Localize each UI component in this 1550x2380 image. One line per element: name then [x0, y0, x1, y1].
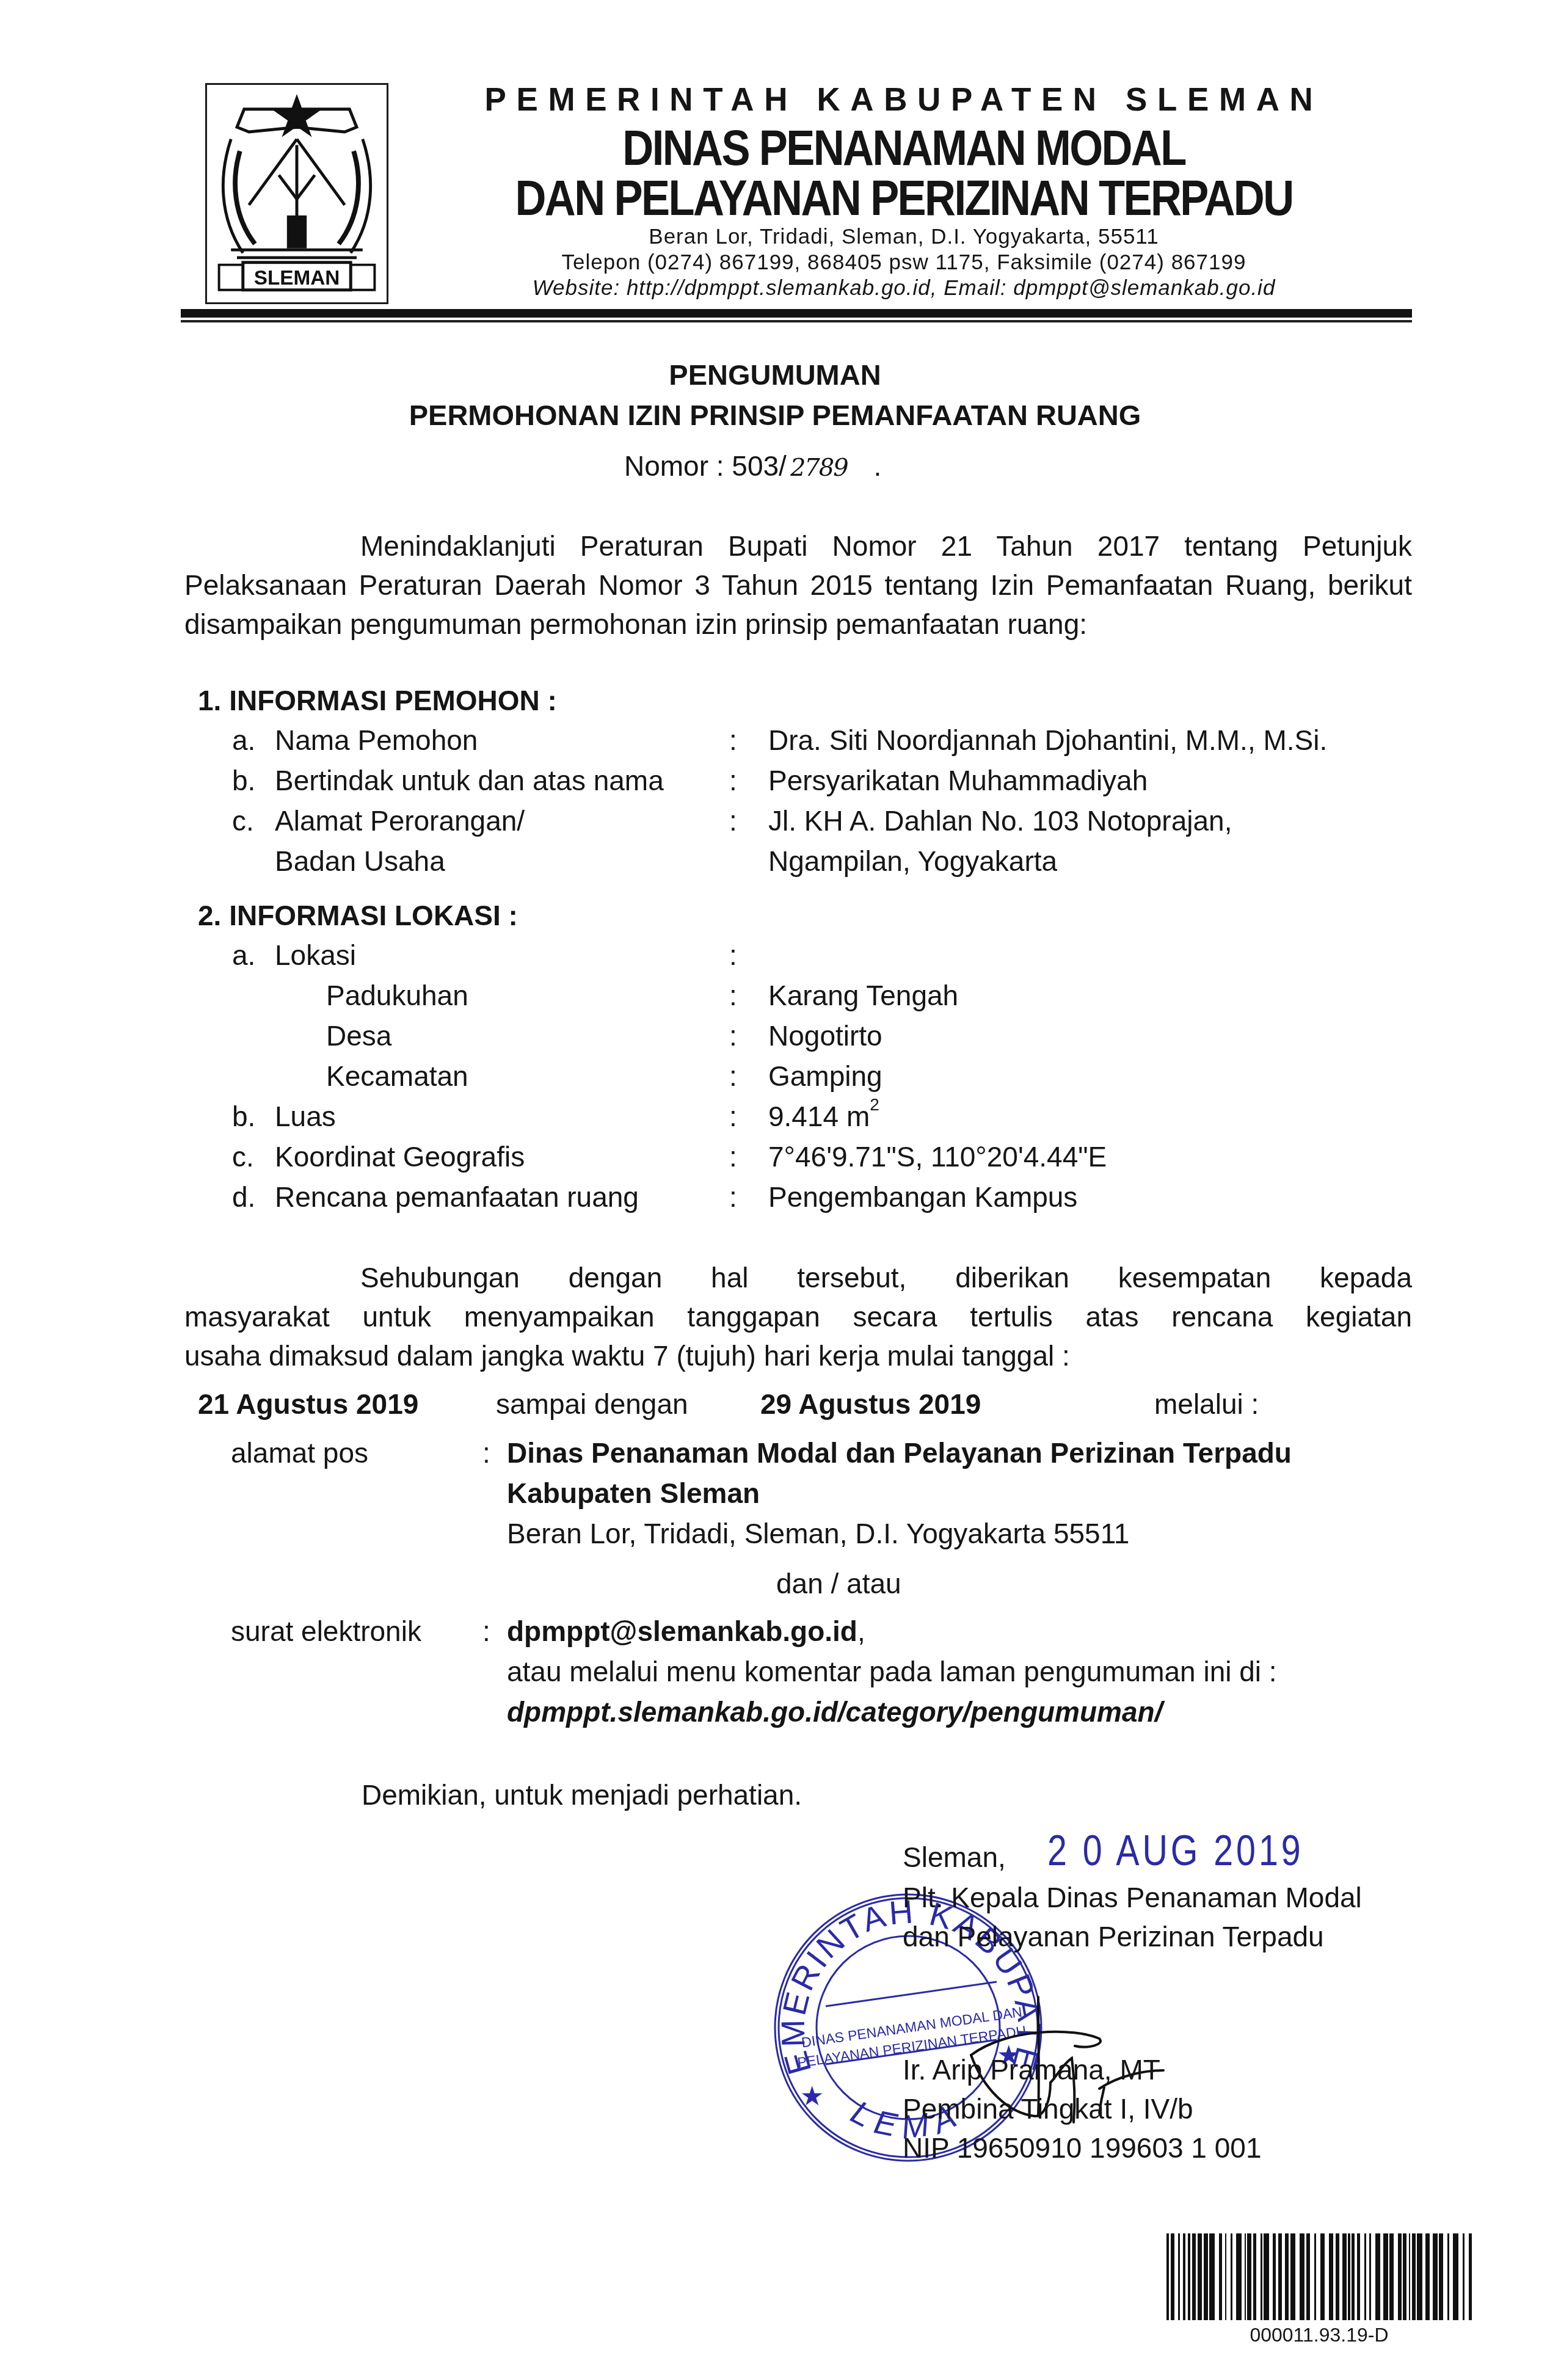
- response-line: masyarakat untuk menyampaikan tanggapan …: [184, 1297, 1412, 1336]
- response-line: usaha dimaksud dalam jangka waktu 7 (tuj…: [184, 1336, 1412, 1375]
- period-between: sampai dengan: [496, 1388, 688, 1421]
- channel-email-value: dpmppt@slemankab.go.id,: [507, 1615, 865, 1648]
- svg-text:★: ★: [800, 2081, 824, 2111]
- signature-stamped-date: 2 0 AUG 2019: [1047, 1826, 1304, 1875]
- signer-position-line2: dan Pelayanan Perizinan Terpadu: [903, 1920, 1324, 1953]
- signer-name: Ir. Arip Pramana, MT: [903, 2053, 1160, 2086]
- period-via: melalui :: [1154, 1388, 1259, 1421]
- signer-position-line1: Plt. Kepala Dinas Penanaman Modal: [903, 1881, 1362, 1914]
- row-colon: :: [729, 1181, 737, 1214]
- row-label: Badan Usaha: [275, 845, 445, 878]
- row-value: Nogotirto: [768, 1019, 882, 1052]
- row-letter: a.: [232, 724, 255, 757]
- row-colon: :: [729, 1060, 737, 1093]
- response-line: Sehubungan dengan hal tersebut, diberika…: [184, 1258, 1412, 1297]
- document-title: PENGUMUMAN: [0, 358, 1550, 391]
- row-value: 7°46'9.71"S, 110°20'4.44"E: [768, 1140, 1107, 1173]
- row-letter: d.: [232, 1181, 255, 1214]
- row-label: Alamat Perorangan/: [275, 804, 525, 837]
- channel-email-label: surat elektronik: [231, 1615, 421, 1648]
- row-colon: :: [729, 1140, 737, 1173]
- row-label: Lokasi: [275, 939, 356, 972]
- row-colon: :: [729, 724, 737, 757]
- document-number: Nomor : 503/2789 .: [624, 449, 881, 482]
- row-letter: b.: [232, 1100, 255, 1133]
- barcode-number: 000011.93.19-D: [1166, 2324, 1472, 2346]
- channel-post-regency: Kabupaten Sleman: [507, 1477, 760, 1510]
- row-colon: :: [729, 1100, 737, 1133]
- period-start-date: 21 Agustus 2019: [198, 1388, 418, 1421]
- row-value: 9.414 m2: [768, 1100, 879, 1133]
- closing-statement: Demikian, untuk menjadi perhatian.: [362, 1778, 802, 1811]
- announcement-url-link[interactable]: dpmppt.slemankab.go.id/category/pengumum…: [507, 1695, 1162, 1728]
- row-value: Dra. Siti Noordjannah Djohantini, M.M., …: [768, 724, 1327, 757]
- letterhead-department-line1: DINAS PENANAMAN MODAL: [468, 120, 1340, 177]
- letterhead-government: PEMERINTAH KABUPATEN SLEMAN: [407, 81, 1401, 118]
- channel-post-address: Beran Lor, Tridadi, Sleman, D.I. Yogyaka…: [507, 1517, 1129, 1550]
- svg-text:SLEMAN: SLEMAN: [254, 267, 340, 289]
- letterhead-divider-thick: [181, 309, 1412, 318]
- barcode-icon: [1166, 2233, 1472, 2320]
- letterhead-website-email: Website: http://dpmppt.slemankab.go.id, …: [397, 276, 1411, 300]
- row-label: Luas: [275, 1100, 336, 1133]
- row-value: Jl. KH A. Dahlan No. 103 Notoprajan,: [768, 804, 1232, 837]
- sleman-regency-emblem-icon: SLEMAN: [207, 85, 387, 302]
- document-number-label: Nomor : 503/: [624, 450, 787, 482]
- signer-rank: Pembina Tingkat I, IV/b: [903, 2092, 1193, 2125]
- row-colon: :: [729, 939, 737, 972]
- row-letter: c.: [232, 804, 254, 837]
- row-colon: :: [729, 764, 737, 797]
- document-number-suffix: .: [873, 450, 881, 482]
- row-value: Ngampilan, Yogyakarta: [768, 845, 1057, 878]
- intro-paragraph-text: Menindaklanjuti Peraturan Bupati Nomor 2…: [184, 530, 1412, 640]
- letterhead-phone: Telepon (0274) 867199, 868405 psw 1175, …: [397, 250, 1411, 275]
- row-colon: :: [729, 804, 737, 837]
- letterhead-divider-thin: [181, 320, 1412, 322]
- channel-post-office: Dinas Penanaman Modal dan Pelayanan Peri…: [507, 1436, 1292, 1469]
- signer-nip: NIP 19650910 199603 1 001: [903, 2131, 1261, 2164]
- row-label: Nama Pemohon: [275, 724, 478, 757]
- row-value: Karang Tengah: [768, 979, 958, 1012]
- row-label: Bertindak untuk dan atas nama: [275, 764, 664, 797]
- row-value: Pengembangan Kampus: [768, 1181, 1077, 1214]
- row-label: Rencana pemanfaatan ruang: [275, 1181, 639, 1214]
- row-label: Koordinat Geografis: [275, 1140, 525, 1173]
- channel-colon: :: [482, 1436, 490, 1469]
- period-end-date: 29 Agustus 2019: [760, 1388, 981, 1421]
- row-letter: b.: [232, 764, 255, 797]
- letterhead-department-line2: DAN PELAYANAN PERIZINAN TERPADU: [468, 170, 1340, 227]
- row-label: Desa: [326, 1019, 391, 1052]
- channel-comment-text: atau melalui menu komentar pada laman pe…: [507, 1655, 1277, 1688]
- email-link[interactable]: dpmppt@slemankab.go.id: [507, 1615, 857, 1647]
- section1-heading: 1. INFORMASI PEMOHON :: [198, 684, 557, 717]
- row-colon: :: [729, 979, 737, 1012]
- document-subtitle: PERMOHONAN IZIN PRINSIP PEMANFAATAN RUAN…: [0, 398, 1550, 432]
- signature-place: Sleman,: [903, 1841, 1006, 1874]
- document-number-handwritten: 2789: [790, 454, 848, 482]
- row-label: Kecamatan: [326, 1060, 468, 1093]
- and-or-text: dan / atau: [776, 1567, 901, 1600]
- row-letter: a.: [232, 939, 255, 972]
- row-colon: :: [729, 1019, 737, 1052]
- channel-post-label: alamat pos: [231, 1436, 368, 1469]
- row-value: Gamping: [768, 1060, 882, 1093]
- intro-paragraph: Menindaklanjuti Peraturan Bupati Nomor 2…: [184, 526, 1412, 644]
- letterhead-address: Beran Lor, Tridadi, Sleman, D.I. Yogyaka…: [397, 225, 1411, 249]
- response-paragraph: Sehubungan dengan hal tersebut, diberika…: [184, 1258, 1412, 1375]
- row-letter: c.: [232, 1140, 254, 1173]
- channel-colon: :: [482, 1615, 490, 1648]
- row-value: Persyarikatan Muhammadiyah: [768, 764, 1148, 797]
- row-label: Padukuhan: [326, 979, 468, 1012]
- section2-heading: 2. INFORMASI LOKASI :: [198, 899, 518, 932]
- sleman-emblem-logo: SLEMAN: [205, 83, 388, 304]
